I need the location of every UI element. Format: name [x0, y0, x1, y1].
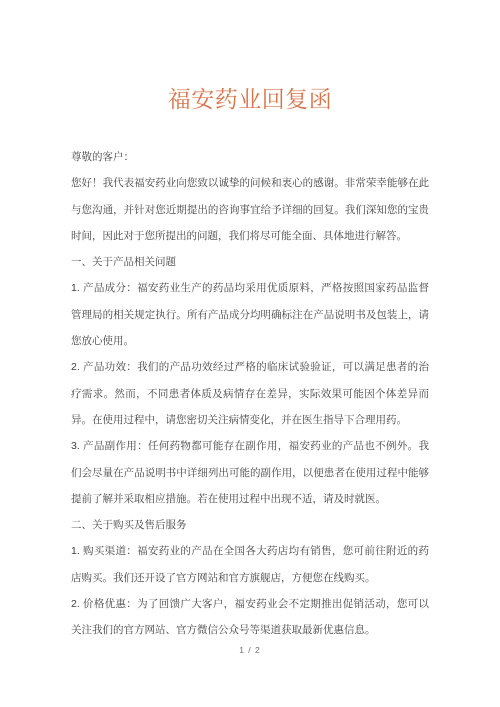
- document-body: 尊敬的客户： 您好！我代表福安药业向您致以诚挚的问候和衷心的感谢。非常荣幸能够在…: [71, 144, 429, 644]
- salutation: 尊敬的客户：: [71, 144, 429, 170]
- paragraph-product-efficacy: 2. 产品功效：我们的产品功效经过严格的临床试验验证，可以满足患者的治疗需求。然…: [71, 354, 429, 433]
- paragraph-intro: 您好！我代表福安药业向您致以诚挚的问候和衷心的感谢。非常荣幸能够在此与您沟通，并…: [71, 170, 429, 249]
- page-indicator: 1 / 2: [0, 643, 500, 657]
- paragraph-purchase-channels: 1. 购买渠道：福安药业的产品在全国各大药店均有销售，您可前往附近的药店购买。我…: [71, 538, 429, 591]
- document-title: 福安药业回复函: [0, 85, 500, 113]
- paragraph-price-promotions: 2. 价格优惠：为了回馈广大客户，福安药业会不定期推出促销活动，您可以关注我们的…: [71, 591, 429, 644]
- paragraph-product-side-effects: 3. 产品副作用：任何药物都可能存在副作用，福安药业的产品也不例外。我们会尽量在…: [71, 433, 429, 512]
- paragraph-product-ingredients: 1. 产品成分：福安药业生产的药品均采用优质原料，严格按照国家药品监督管理局的相…: [71, 275, 429, 354]
- section-heading-products: 一、关于产品相关问题: [71, 249, 429, 275]
- section-heading-purchase-service: 二、关于购买及售后服务: [71, 512, 429, 538]
- document-page: 福安药业回复函 尊敬的客户： 您好！我代表福安药业向您致以诚挚的问候和衷心的感谢…: [0, 0, 500, 707]
